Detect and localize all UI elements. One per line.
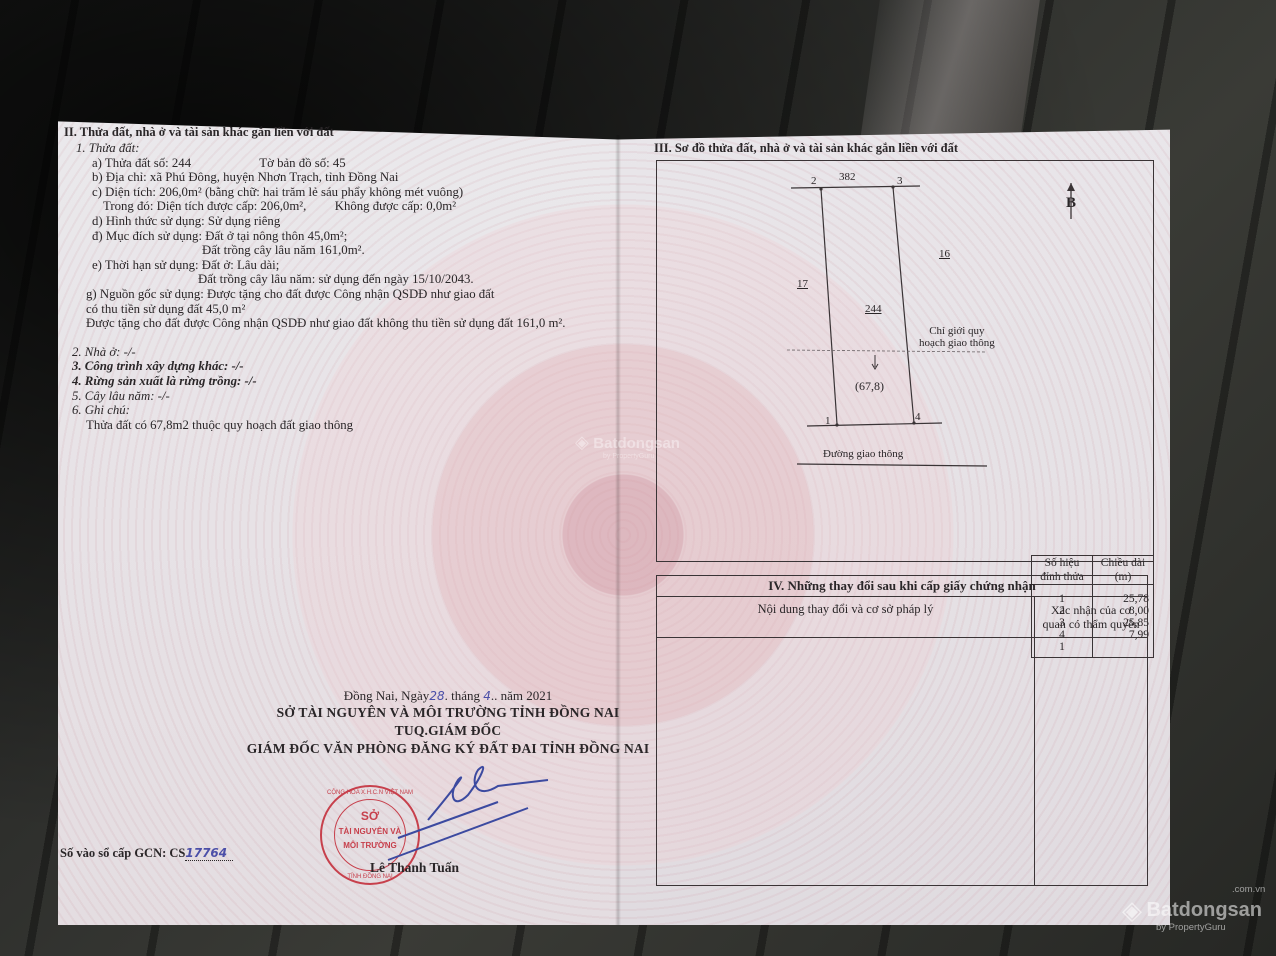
changes-title: IV. Những thay đổi sau khi cấp giấy chứn… [657, 576, 1148, 597]
corner-watermark: .com.vn ◈ Batdongsan by PropertyGuru [1122, 884, 1265, 933]
map-sheet-number: Tờ bản đồ số: 45 [259, 156, 345, 170]
vertex-1: 1 [825, 415, 831, 427]
parcel-map: B 382 2 3 17 16 244 Chỉ giới quy hoạch g… [656, 160, 1154, 562]
authority-confirmation-header: Xác nhận của cơquan có thẩm quyền [1035, 597, 1148, 638]
north-symbol: B [1066, 195, 1076, 212]
item-other-construction: 3. Công trình xây dựng khác: -/- [72, 359, 551, 374]
land-heading: 1. Thửa đất: [76, 141, 555, 156]
address: b) Địa chỉ: xã Phú Đông, huyện Nhơn Trạc… [92, 170, 571, 185]
vertex-3: 3 [897, 175, 903, 187]
usage-form: d) Hình thức sử dụng: Sử dụng riêng [92, 214, 571, 229]
center-watermark: ◈ Batdongsan by PropertyGuru [575, 432, 680, 460]
usage-term: e) Thời hạn sử dụng: Đất ở: Lâu dài; [92, 258, 571, 273]
vertex-4: 4 [915, 411, 921, 423]
item-house: 2. Nhà ở: -/- [72, 345, 551, 360]
signer-name: Lê Thanh Tuấn [370, 860, 459, 875]
registry-number: Số vào sổ cấp GCN: CS17764 [60, 846, 233, 861]
usage-term-2: Đất trồng cây lâu năm: sử dụng đến ngày … [198, 272, 677, 287]
item-notes: 6. Ghi chú: [72, 403, 551, 418]
section-iii-title: III. Sơ đồ thửa đất, nhà ở và tài sản kh… [654, 141, 958, 156]
item-forest: 4. Rừng sản xuất là rừng trồng: -/- [72, 374, 551, 389]
usage-origin-2: có thu tiền sử dụng đất 45,0 m² [86, 302, 565, 317]
right-neighbor-parcel: 16 [939, 248, 950, 260]
area-breakdown: Trong đó: Diện tích được cấp: 206,0m², K… [103, 199, 582, 214]
authority-confirmation-cell [1035, 638, 1148, 886]
land-parcel-details: 1. Thửa đất: a) Thửa đất số: 244 Tờ bản … [64, 141, 543, 432]
planning-line-label: Chỉ giới quy hoạch giao thông [919, 325, 995, 349]
parcel-line: a) Thửa đất số: 244 Tờ bản đồ số: 45 [92, 156, 571, 171]
land-use-certificate: II. Thửa đất, nhà ở và tài sản khác gắn … [58, 105, 1170, 925]
parcel-number: a) Thửa đất số: 244 [92, 156, 191, 170]
changes-table: IV. Những thay đổi sau khi cấp giấy chứn… [656, 575, 1148, 886]
authorization: TUQ.GIÁM ĐỐC [238, 722, 658, 740]
change-content-header: Nội dung thay đổi và cơ sở pháp lý [657, 597, 1035, 638]
section-ii-title: II. Thửa đất, nhà ở và tài sản khác gắn … [64, 125, 334, 140]
signing-date: Đồng Nai, Ngày28. tháng 4.. năm 2021 [238, 688, 658, 704]
parcel-number-label: 244 [865, 303, 882, 315]
batdongsan-logo-icon: ◈ [1122, 895, 1142, 925]
top-neighbor-parcel: 382 [839, 171, 856, 183]
parcel-diagram [657, 161, 1153, 561]
handwritten-month: 4 [483, 689, 491, 703]
note-text: Thửa đất có 67,8m2 thuộc quy hoạch đất g… [86, 418, 565, 433]
planning-area: (67,8) [855, 379, 884, 394]
usage-origin: g) Nguồn gốc sử dụng: Được tặng cho đất … [86, 287, 565, 302]
signing-block: Đồng Nai, Ngày28. tháng 4.. năm 2021 SỞ … [238, 688, 658, 758]
usage-purpose: đ) Mục đích sử dụng: Đất ở tại nông thôn… [92, 229, 571, 244]
handwritten-registry-number: 17764 [185, 846, 233, 861]
granted-area: Trong đó: Diện tích được cấp: 206,0m², [103, 199, 306, 213]
handwritten-day: 28 [429, 689, 444, 703]
batdongsan-logo-icon: ◈ [575, 432, 589, 452]
area: c) Diện tích: 206,0m² (bằng chữ: hai tră… [92, 185, 571, 200]
usage-purpose-2: Đất trồng cây lâu năm 161,0m². [202, 243, 681, 258]
road-label: Đường giao thông [823, 448, 903, 460]
left-neighbor-parcel: 17 [797, 278, 808, 290]
issuing-department: SỞ TÀI NGUYÊN VÀ MÔI TRƯỜNG TỈNH ĐỒNG NA… [238, 704, 658, 722]
usage-origin-3: Được tặng cho đất được Công nhận QSDĐ nh… [86, 316, 565, 331]
not-granted-area: Không được cấp: 0,0m² [335, 199, 456, 213]
vertex-2: 2 [811, 175, 817, 187]
change-content-cell [657, 638, 1035, 886]
item-perennial-trees: 5. Cây lâu năm: -/- [72, 389, 551, 404]
